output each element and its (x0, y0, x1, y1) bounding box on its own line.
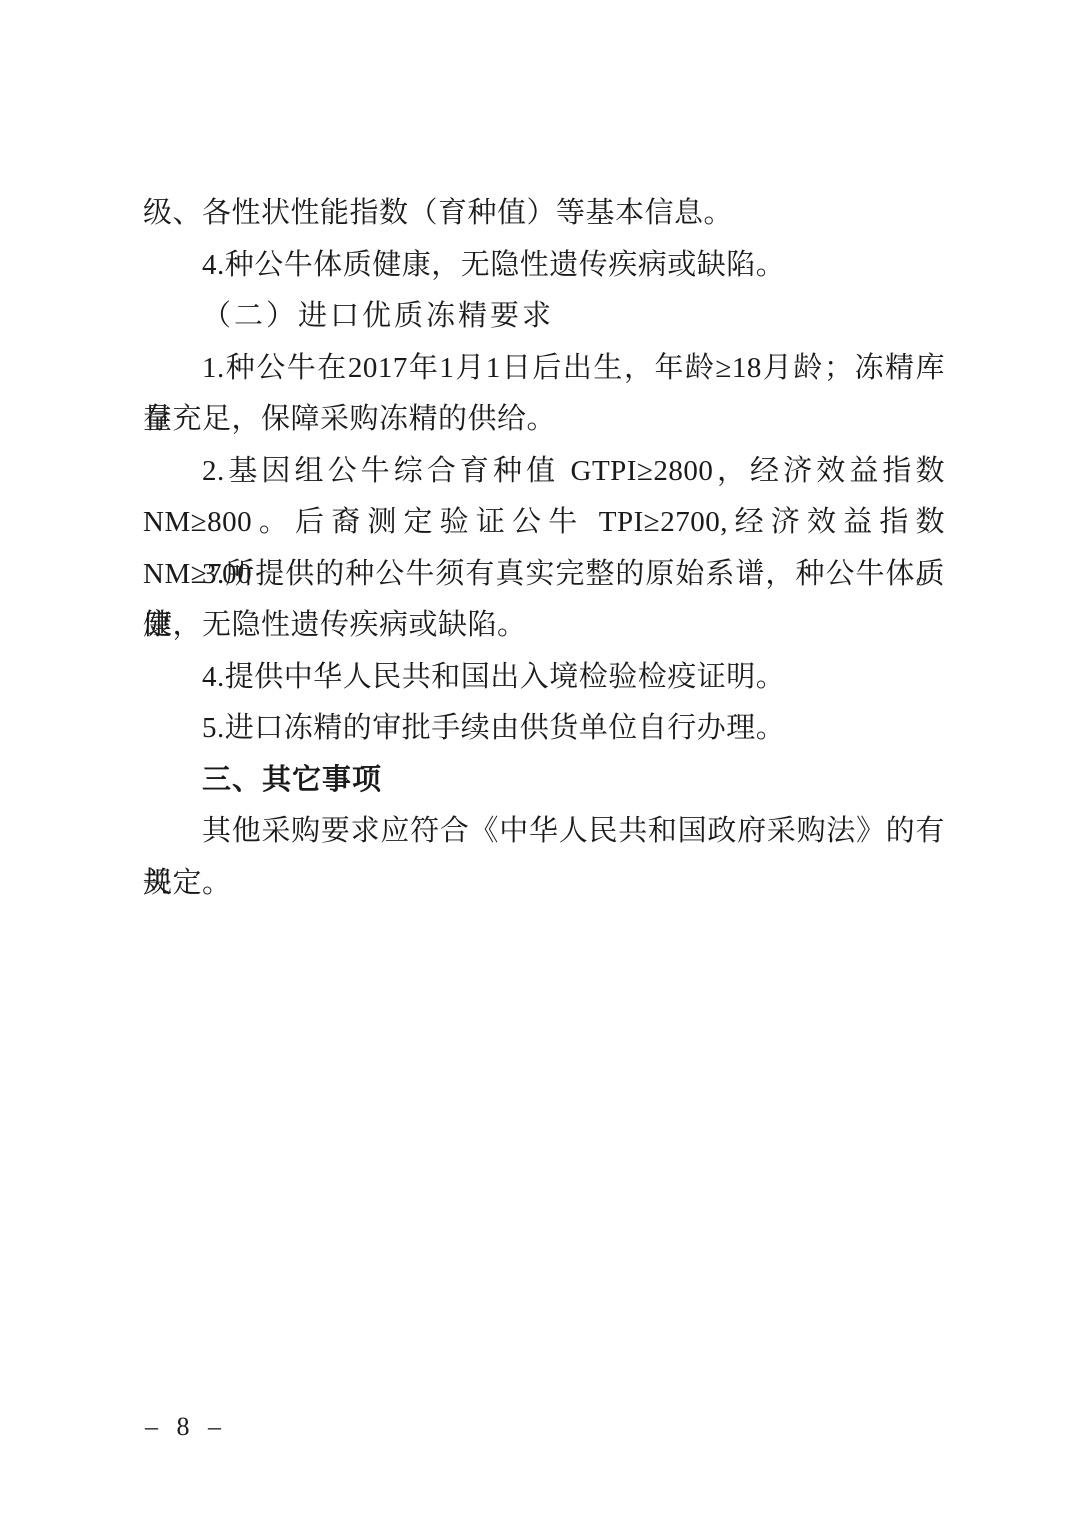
text-line-item-3: 3.所提供的种公牛须有真实完整的原始系谱，种公牛体质健 (143, 549, 945, 601)
document-page: 级、各性状性能指数（育种值）等基本信息。 4.种公牛体质健康，无隐性遗传疾病或缺… (0, 0, 1080, 1527)
text-line-continuation: 量充足，保障采购冻精的供给。 (143, 394, 945, 446)
page-number: – 8 – (145, 1412, 227, 1442)
document-body: 级、各性状性能指数（育种值）等基本信息。 4.种公牛体质健康，无隐性遗传疾病或缺… (143, 188, 945, 909)
text-line-item-1: 1.种公牛在2017年1月1日后出生，年龄≥18月龄；冻精库存 (143, 343, 945, 395)
text-line-item-2: 2.基因组公牛综合育种值 GTPI≥2800，经济效益指数 (143, 446, 945, 498)
text-line-item-5: 5.进口冻精的审批手续由供货单位自行办理。 (143, 703, 945, 755)
section-heading-3: 三、其它事项 (143, 755, 945, 807)
text-line-other: 其他采购要求应符合《中华人民共和国政府采购法》的有关 (143, 806, 945, 858)
text-line-continuation: 康，无隐性遗传疾病或缺陷。 (143, 600, 945, 652)
section-heading-2: （二）进口优质冻精要求 (143, 291, 945, 343)
text-line-continuation: 级、各性状性能指数（育种值）等基本信息。 (143, 188, 945, 240)
text-line-item-4: 4.种公牛体质健康，无隐性遗传疾病或缺陷。 (143, 240, 945, 292)
text-line-continuation: NM≥800。后裔测定验证公牛 TPI≥2700,经济效益指数 NM≥700。 (143, 497, 945, 549)
text-line-item-4b: 4.提供中华人民共和国出入境检验检疫证明。 (143, 652, 945, 704)
text-line-continuation: 规定。 (143, 858, 945, 910)
